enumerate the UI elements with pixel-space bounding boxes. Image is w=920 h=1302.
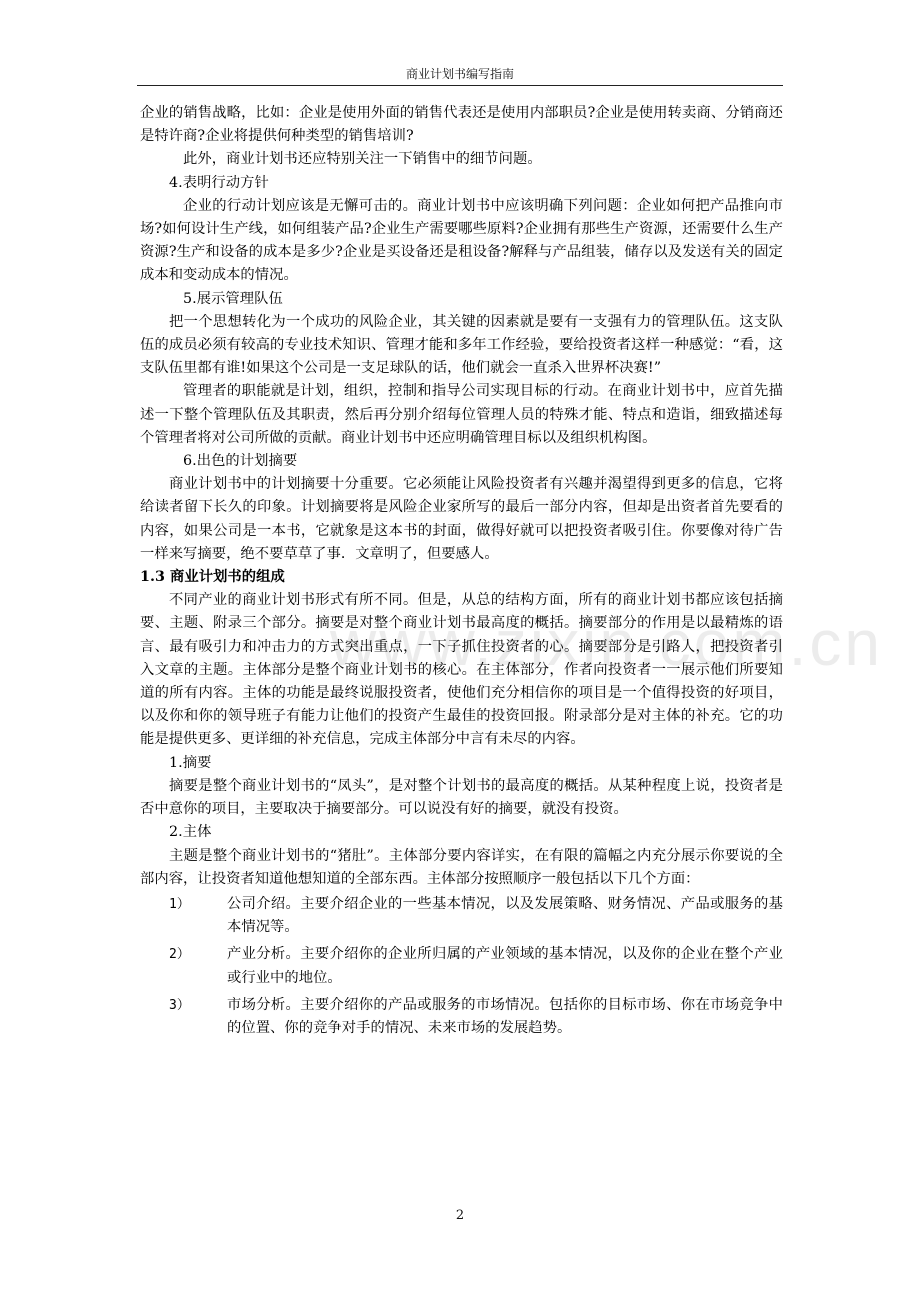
paragraph-action-plan: 企业的行动计划应该是无懈可击的。商业计划书中应该明确下列问题：企业如何把产品推向… [140,195,783,288]
header-rule [137,85,783,86]
paragraph-management-team: 把一个思想转化为一个成功的风险企业，其关键的因素就是要有一支强有力的管理队伍。这… [140,311,783,381]
list-number: 2） [140,943,227,989]
heading-action-plan: 4.表明行动方针 [140,172,783,195]
document-page: 商业计划书编写指南 www.zixin.com.cn 企业的销售战略，比如：企业… [0,0,920,1302]
heading-abstract: 1.摘要 [140,752,783,775]
page-number: 2 [0,1208,920,1223]
paragraph-abstract: 摘要是整个商业计划书的“凤头”，是对整个计划书的最高度的概括。从某种程度上说，投… [140,775,783,821]
paragraph-composition: 不同产业的商业计划书形式有所不同。但是，从总的结构方面，所有的商业计划书都应该包… [140,589,783,751]
list-item: 1） 公司介绍。主要介绍企业的一些基本情况，以及发展策略、财务情况、产品或服务的… [140,893,783,939]
list-item: 2） 产业分析。主要介绍你的企业所归属的产业领域的基本情况，以及你的企业在整个产… [140,943,783,989]
paragraph-main-body: 主题是整个商业计划书的“猪肚”。主体部分要内容详实，在有限的篇幅之内充分展示你要… [140,845,783,891]
heading-plan-summary: 6.出色的计划摘要 [140,450,783,473]
list-text: 市场分析。主要介绍你的产品或服务的市场情况。包括你的目标市场、你在市场竞争中的位… [227,994,783,1040]
document-body: 企业的销售战略，比如：企业是使用外面的销售代表还是使用内部职员?企业是使用转卖商… [140,102,783,1044]
paragraph-plan-summary: 商业计划书中的计划摘要十分重要。它必须能让风险投资者有兴趣并渴望得到更多的信息，… [140,473,783,566]
list-number: 1） [140,893,227,939]
heading-management-team: 5.展示管理队伍 [140,288,783,311]
section-title: 1.3 商业计划书的组成 [140,566,783,589]
paragraph-manager-functions: 管理者的职能就是计划，组织，控制和指导公司实现目标的行动。在商业计划书中，应首先… [140,380,783,450]
main-body-list: 1） 公司介绍。主要介绍企业的一些基本情况，以及发展策略、财务情况、产品或服务的… [140,893,783,1040]
paragraph-sales-details: 此外，商业计划书还应特别关注一下销售中的细节问题。 [140,148,783,171]
paragraph-sales-strategy: 企业的销售战略，比如：企业是使用外面的销售代表还是使用内部职员?企业是使用转卖商… [140,102,783,148]
list-text: 产业分析。主要介绍你的企业所归属的产业领域的基本情况，以及你的企业在整个产业或行… [227,943,783,989]
list-item: 3） 市场分析。主要介绍你的产品或服务的市场情况。包括你的目标市场、你在市场竞争… [140,994,783,1040]
list-number: 3） [140,994,227,1040]
heading-main-body: 2.主体 [140,821,783,844]
list-text: 公司介绍。主要介绍企业的一些基本情况，以及发展策略、财务情况、产品或服务的基本情… [227,893,783,939]
running-header: 商业计划书编写指南 [137,66,783,82]
